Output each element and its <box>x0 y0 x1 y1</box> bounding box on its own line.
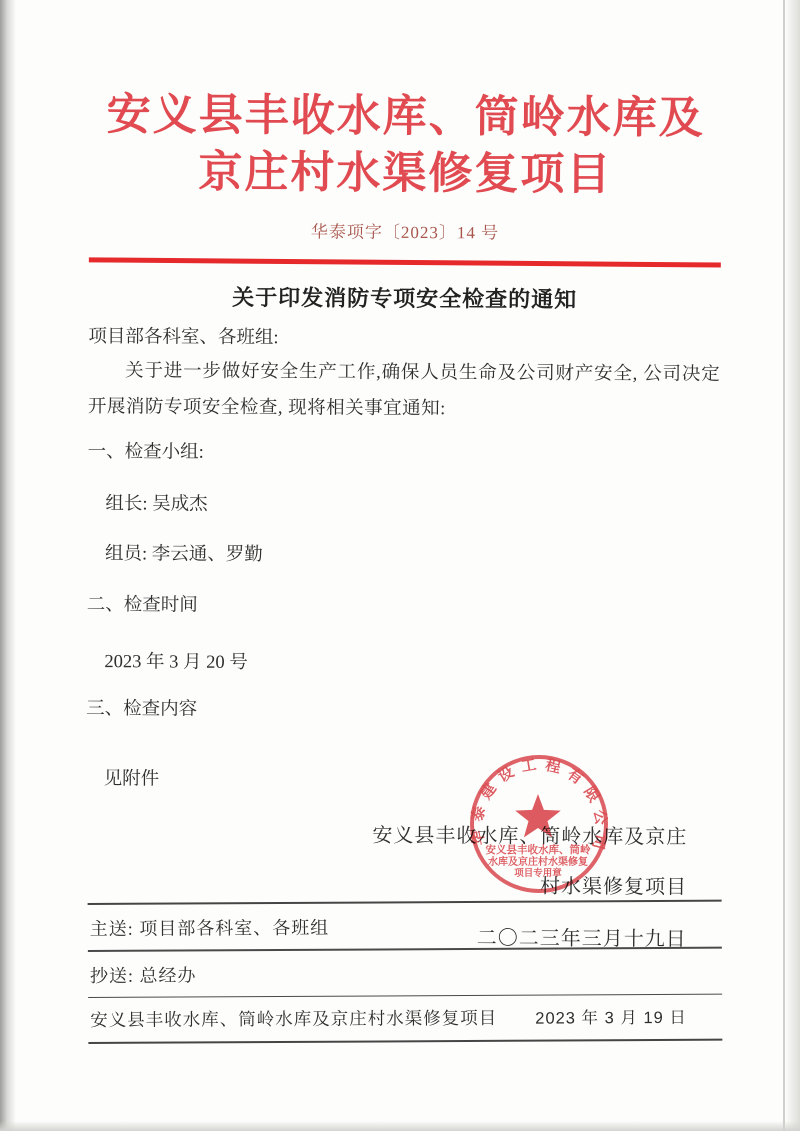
document-title: 安义县丰收水库、筒岭水库及 京庄村水渠修复项目 <box>89 86 722 204</box>
footer-project-row: 安义县丰收水库、筒岭水库及京庄村水渠修复项目 2023 年 3 月 19 日 <box>88 995 722 1042</box>
main-send-row: 主送: 项目部各科室、各班组 <box>88 902 722 950</box>
scanned-document-page: 安义县丰收水库、筒岭水库及 京庄村水渠修复项目 华泰项字〔2023〕14 号 关… <box>0 0 800 1131</box>
section-1-item-members: 组员: 李云通、罗勤 <box>87 538 719 568</box>
section-3-label: 三、检查内容 <box>86 693 718 723</box>
scan-bottom-shadow <box>0 1121 800 1131</box>
document-number: 华泰项字〔2023〕14 号 <box>89 216 721 245</box>
section-2-label: 二、检查时间 <box>87 589 719 619</box>
signature-org-line1: 安义县丰收水库、筒岭水库及京庄 <box>85 816 717 849</box>
signature-org-line2: 村水渠修复项目 <box>85 866 717 899</box>
footer-project-name: 安义县丰收水库、筒岭水库及京庄村水渠修复项目 <box>90 1005 497 1032</box>
section-1-label: 一、检查小组: <box>88 436 720 466</box>
document-body: 安义县丰收水库、筒岭水库及 京庄村水渠修复项目 华泰项字〔2023〕14 号 关… <box>85 74 722 951</box>
scan-left-edge-shadow <box>0 0 16 1131</box>
cc-row: 抄送: 总经办 <box>88 948 722 996</box>
document-footer: 主送: 项目部各科室、各班组 抄送: 总经办 安义县丰收水库、筒岭水库及京庄村水… <box>88 900 723 1044</box>
notice-paragraph: 关于进一步做好安全生产工作,确保人员生命及公司财产安全, 公司决定开展消防专项安… <box>88 353 720 429</box>
section-1-item-leader: 组长: 吴成杰 <box>87 488 719 518</box>
scan-right-shadow <box>785 0 800 1131</box>
main-send-label: 主送: <box>90 919 134 939</box>
seal-text-line1: 安义县丰收水库、筒岭 <box>486 843 591 856</box>
document-title-line2: 京庄村水渠修复项目 <box>89 143 721 204</box>
section-3-item-attachment: 见附件 <box>86 763 718 793</box>
seal-graphic: 华泰建设工程有限公司 安义县丰收水库、筒岭 水库及京庄村水渠修复 项目专用章 <box>468 753 614 899</box>
footer-print-date: 2023 年 3 月 19 日 <box>535 1004 687 1029</box>
seal-text-line3: 项目专用章 <box>514 867 562 879</box>
document-title-line1: 安义县丰收水库、筒岭水库及 <box>90 86 722 147</box>
notice-salutation: 项目部各科室、各班组: <box>88 322 720 352</box>
company-seal-stamp: 华泰建设工程有限公司 安义县丰收水库、筒岭 水库及京庄村水渠修复 项目专用章 <box>468 753 614 899</box>
red-header-rule <box>89 258 721 268</box>
notice-heading: 关于印发消防专项安全检查的通知 <box>89 280 721 315</box>
section-2-item-date: 2023 年 3 月 20 号 <box>86 646 718 676</box>
main-send-value: 项目部各科室、各班组 <box>139 918 329 939</box>
cc-value: 总经办 <box>139 965 196 985</box>
cc-label: 抄送: <box>90 965 134 985</box>
seal-star-icon <box>515 794 561 837</box>
seal-text-line2: 水库及京庄村水渠修复 <box>488 855 588 868</box>
